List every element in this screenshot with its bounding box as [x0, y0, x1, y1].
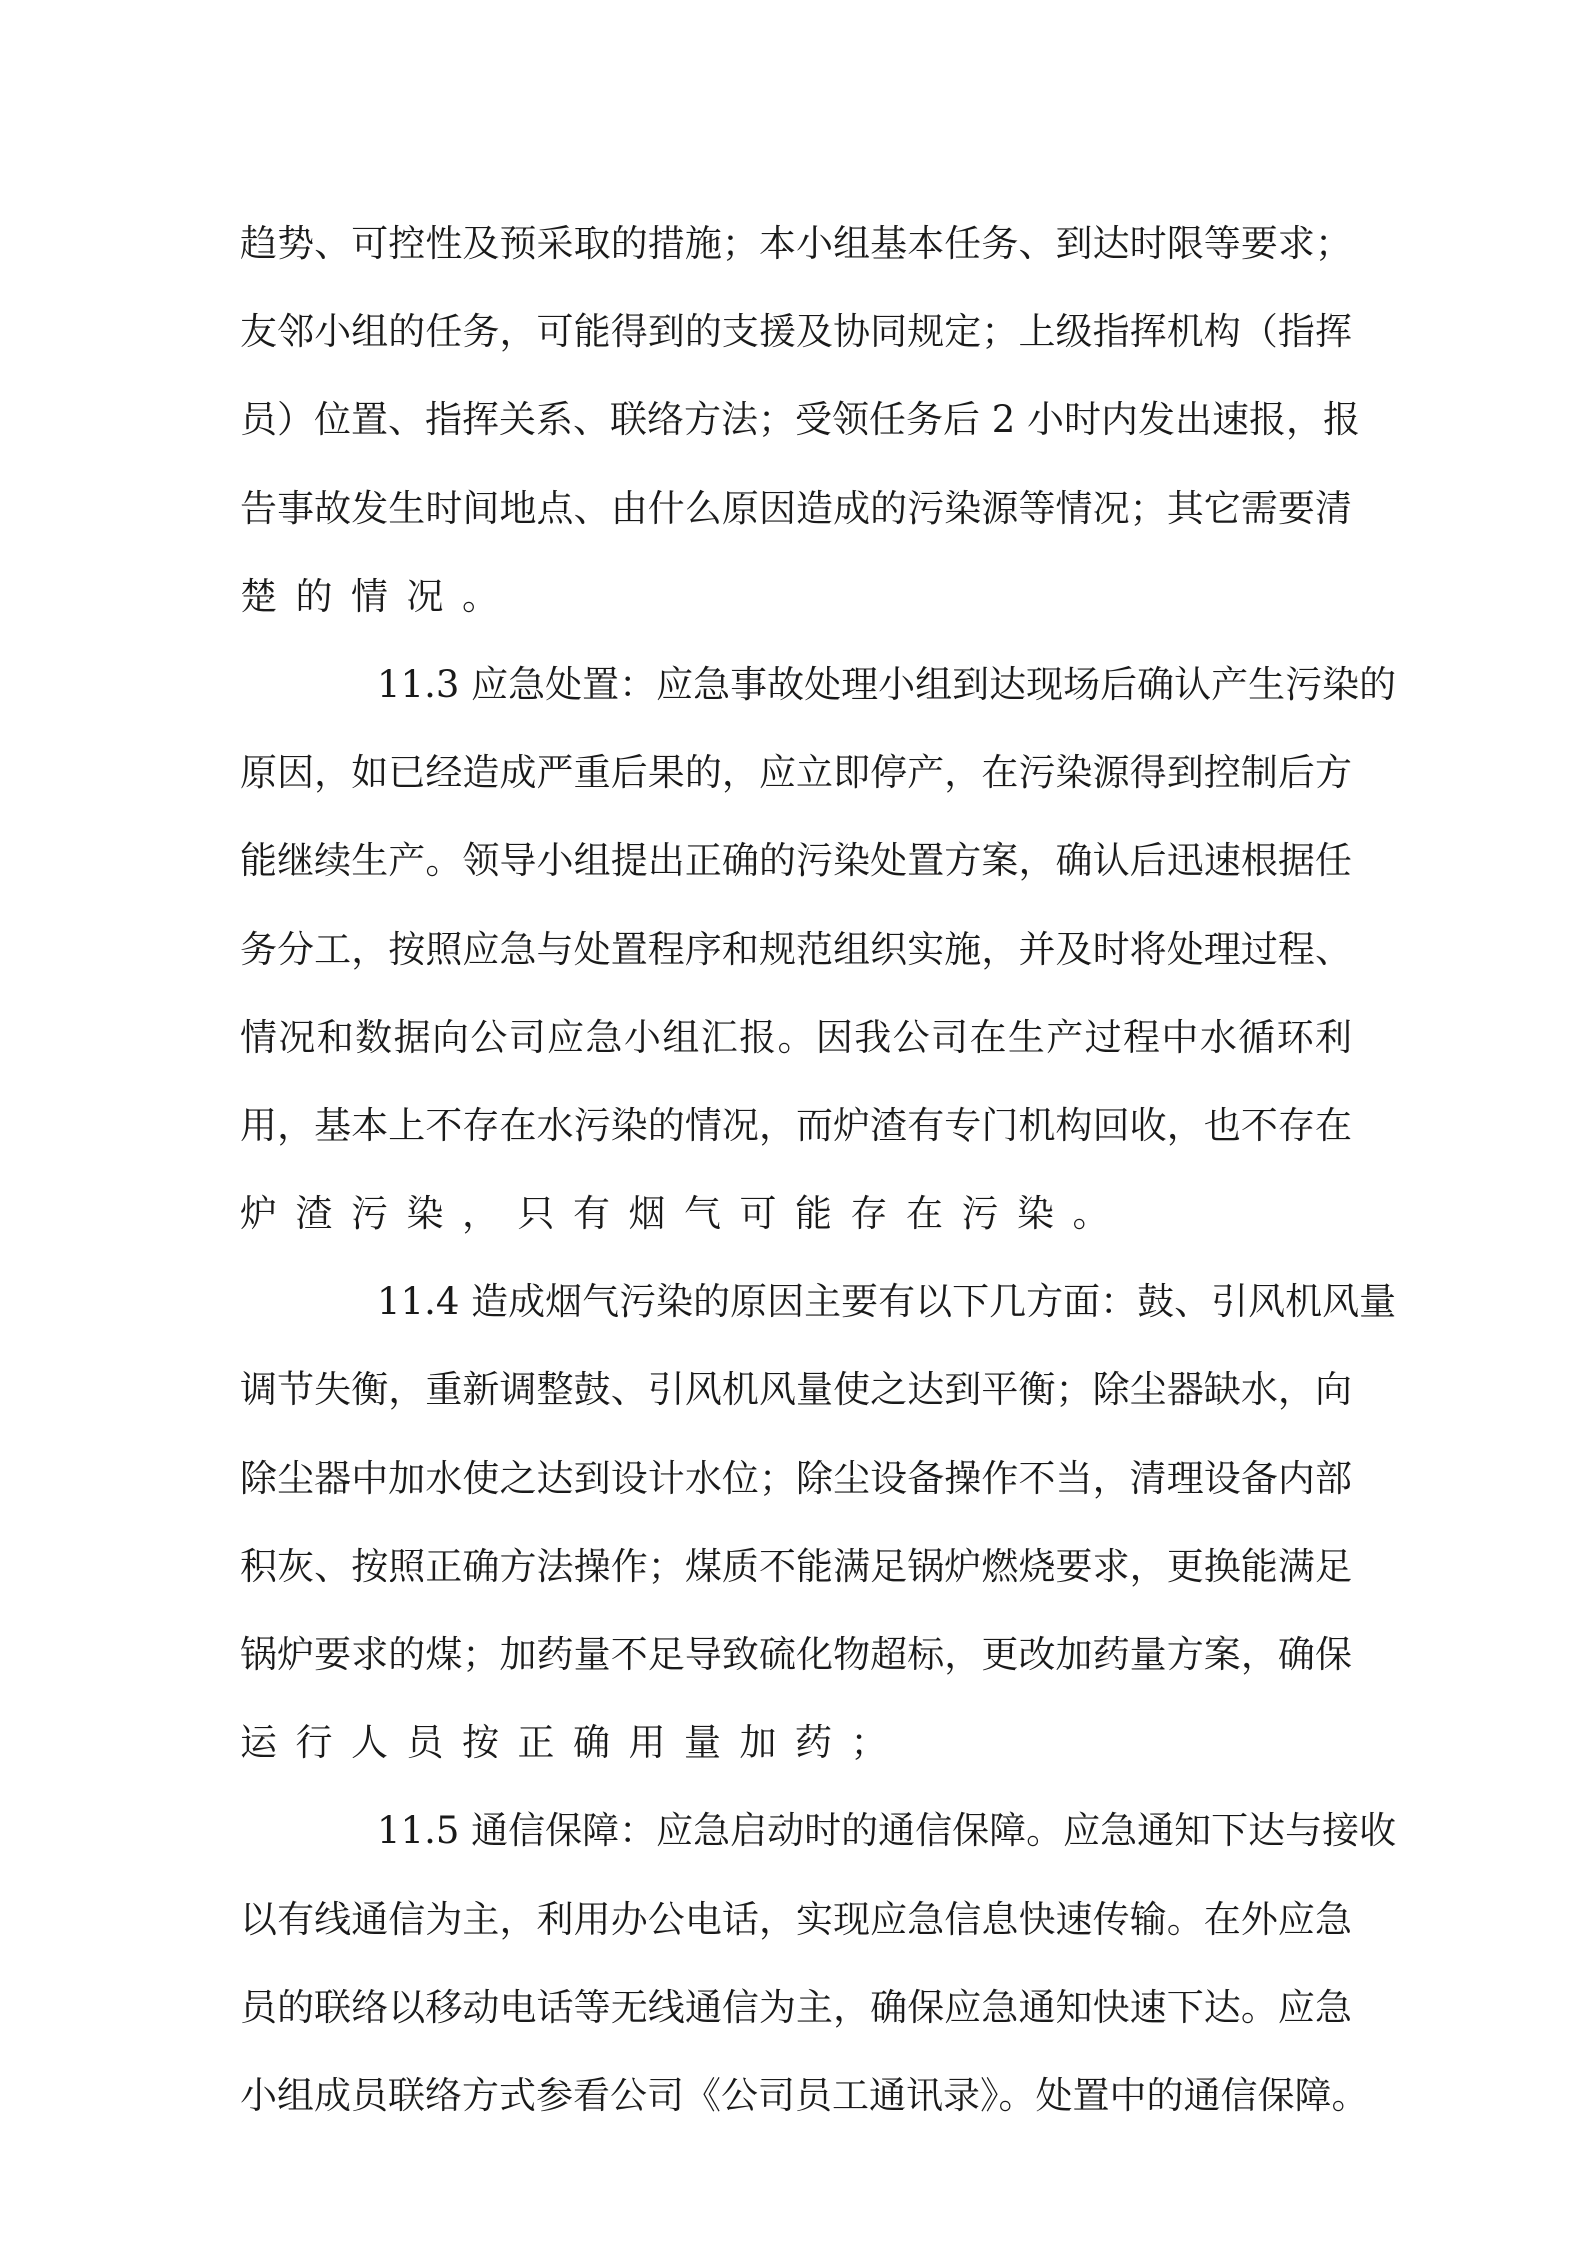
text-line: 调节失衡，重新调整鼓、引风机风量使之达到平衡；除尘器缺水，向 [240, 1360, 1352, 1448]
section-heading-line: 11.5 通信保障：应急启动时的通信保障。应急通知下达与接收 [240, 1801, 1352, 1889]
text-line: 楚的情况。 [240, 567, 1352, 655]
text-line: 用，基本上不存在水污染的情况，而炉渣有专门机构回收，也不存在 [240, 1096, 1352, 1184]
text-line: 除尘器中加水使之达到设计水位；除尘设备操作不当，清理设备内部 [240, 1449, 1352, 1537]
text-line: 锅炉要求的煤；加药量不足导致硫化物超标，更改加药量方案，确保 [240, 1625, 1352, 1713]
text-line: 务分工，按照应急与处置程序和规范组织实施，并及时将处理过程、 [240, 920, 1352, 1008]
paragraph-11-4-flue-gas-causes: 11.4 造成烟气污染的原因主要有以下几方面：鼓、引风机风量 调节失衡，重新调整… [240, 1272, 1352, 1801]
text-line: 小组成员联络方式参看公司《公司员工通讯录》。处置中的通信保障。 [240, 2066, 1352, 2154]
text-line: 积灰、按照正确方法操作；煤质不能满足锅炉燃烧要求，更换能满足 [240, 1537, 1352, 1625]
text-line: 能继续生产。领导小组提出正确的污染处置方案，确认后迅速根据任 [240, 831, 1352, 919]
section-heading-line: 11.4 造成烟气污染的原因主要有以下几方面：鼓、引风机风量 [240, 1272, 1352, 1360]
text-line: 炉渣污染，只有烟气可能存在污染。 [240, 1184, 1352, 1272]
text-line: 告事故发生时间地点、由什么原因造成的污染源等情况；其它需要清 [240, 479, 1352, 567]
text-line: 员）位置、指挥关系、联络方法；受领任务后 2 小时内发出速报，报 [240, 390, 1352, 478]
paragraph-11-5-communications: 11.5 通信保障：应急启动时的通信保障。应急通知下达与接收 以有线通信为主，利… [240, 1801, 1352, 2154]
text-line: 情况和数据向公司应急小组汇报。因我公司在生产过程中水循环利 [240, 1008, 1352, 1096]
text-line: 运行人员按正确用量加药； [240, 1713, 1352, 1801]
text-line: 趋势、可控性及预采取的措施；本小组基本任务、到达时限等要求； [240, 214, 1352, 302]
paragraph-11-3-emergency-response: 11.3 应急处置：应急事故处理小组到达现场后确认产生污染的 原因，如已经造成严… [240, 655, 1352, 1272]
paragraph-11-2-continued: 趋势、可控性及预采取的措施；本小组基本任务、到达时限等要求； 友邻小组的任务，可… [240, 214, 1352, 655]
text-line: 以有线通信为主，利用办公电话，实现应急信息快速传输。在外应急 [240, 1890, 1352, 1978]
document-page: 趋势、可控性及预采取的措施；本小组基本任务、到达时限等要求； 友邻小组的任务，可… [0, 0, 1587, 2245]
document-body: 趋势、可控性及预采取的措施；本小组基本任务、到达时限等要求； 友邻小组的任务，可… [240, 214, 1352, 2154]
section-heading-line: 11.3 应急处置：应急事故处理小组到达现场后确认产生污染的 [240, 655, 1352, 743]
text-line: 友邻小组的任务，可能得到的支援及协同规定；上级指挥机构（指挥 [240, 302, 1352, 390]
text-line: 员的联络以移动电话等无线通信为主，确保应急通知快速下达。应急 [240, 1978, 1352, 2066]
text-line: 原因，如已经造成严重后果的，应立即停产，在污染源得到控制后方 [240, 743, 1352, 831]
